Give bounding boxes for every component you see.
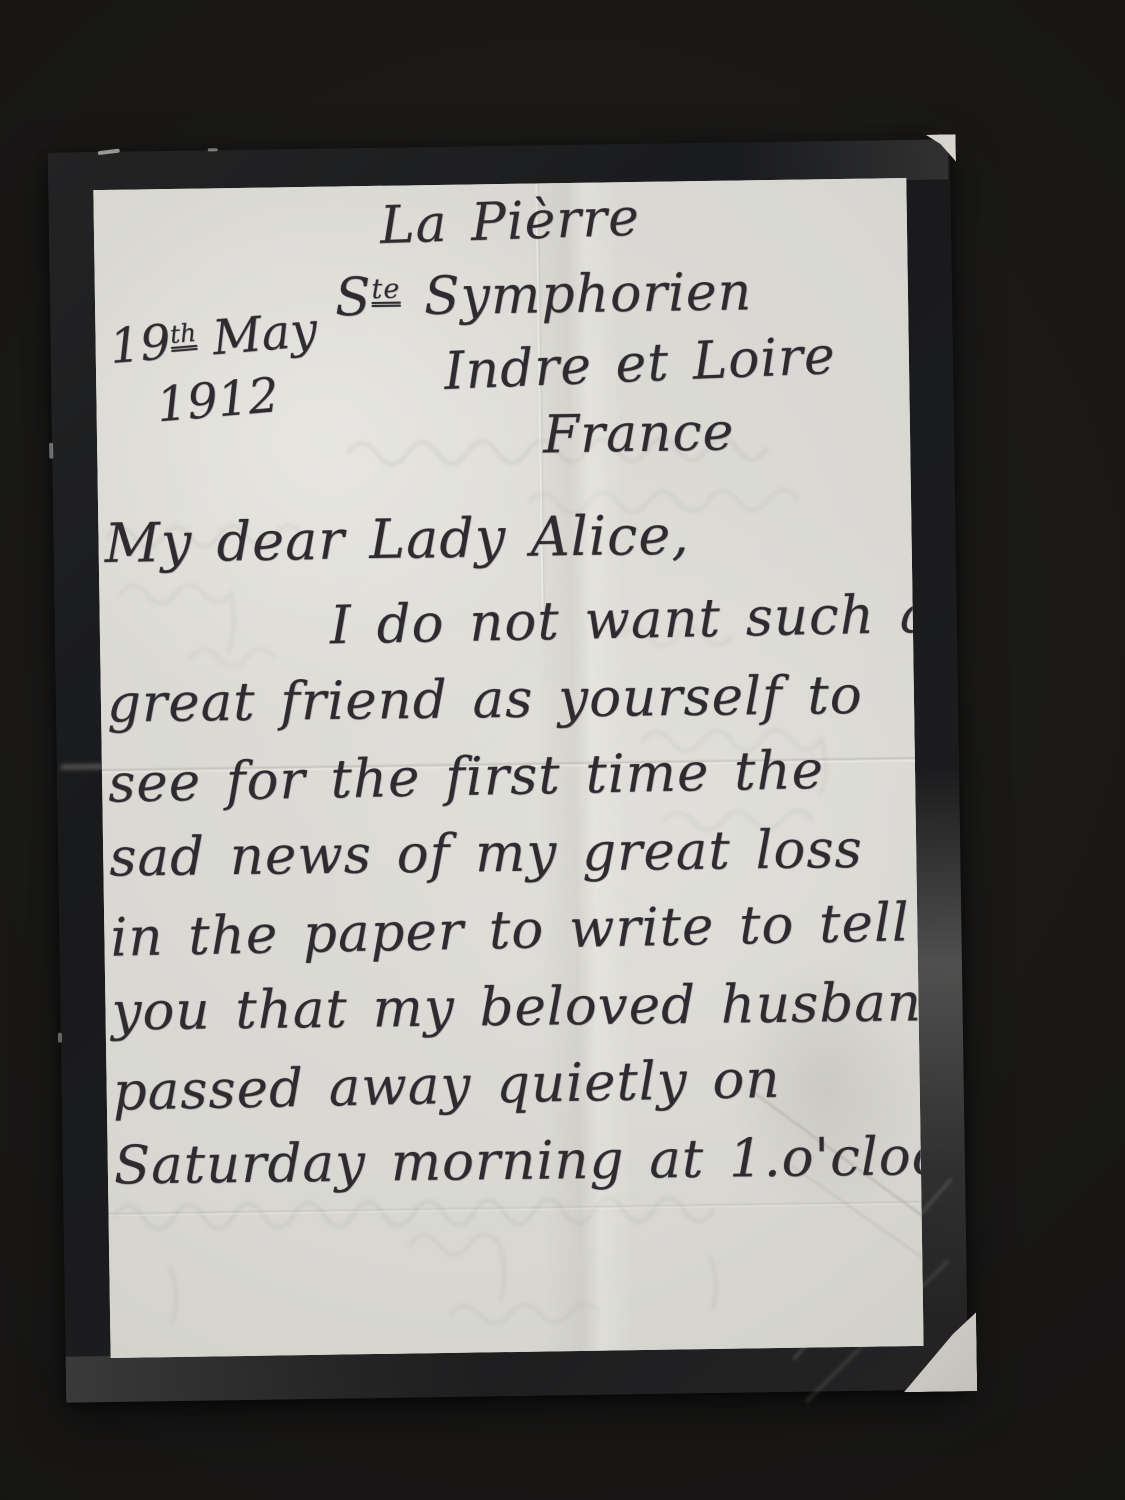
- address-line-4: France: [543, 403, 735, 466]
- body-line: I do not want such a: [105, 576, 913, 668]
- border-sheen-top-right: [738, 139, 949, 182]
- body-line: you that my beloved husband: [111, 964, 919, 1050]
- body-line: see for the first time the: [107, 730, 915, 822]
- border-sheen-bottom: [66, 1350, 487, 1402]
- date-day: 19: [107, 314, 173, 375]
- address-text: France: [543, 403, 735, 466]
- body-line: in the paper to write to tell: [110, 884, 918, 976]
- address-line-2: Ste Symphorien: [335, 262, 753, 328]
- body-line: Saturday morning at 1.o'clock: [113, 1118, 921, 1204]
- body-line: sad news of my great loss: [109, 810, 917, 896]
- photo-background: La Pièrre Ste Symphorien Indre et Loire …: [0, 0, 1125, 1500]
- salutation: My dear Lady Alice,: [104, 503, 690, 575]
- date-day-month: 19thMay: [107, 302, 319, 375]
- date-suffix: th: [169, 317, 197, 348]
- edge-wear-fleck: [98, 149, 120, 156]
- address-text: Symphorien: [400, 262, 753, 327]
- address-text: La Pièrre: [379, 188, 641, 256]
- mourning-letter: La Pièrre Ste Symphorien Indre et Loire …: [48, 139, 968, 1402]
- body-line: passed away quietly on: [112, 1038, 920, 1130]
- letter-paper: La Pièrre Ste Symphorien Indre et Loire …: [93, 178, 923, 1358]
- address-line-1: La Pièrre: [379, 188, 641, 256]
- edge-wear-fleck: [58, 1033, 62, 1043]
- address-text: Indre et Loire: [443, 326, 837, 402]
- address-text: S: [335, 268, 373, 329]
- letter-date: 19thMay 1912: [107, 302, 324, 437]
- address-line-3: Indre et Loire: [443, 326, 837, 402]
- border-crease-mark: [61, 764, 103, 770]
- letter-body: I do not want such a great friend as you…: [105, 578, 921, 1206]
- date-month: May: [210, 302, 319, 367]
- edge-wear-fleck: [208, 148, 218, 151]
- address-superscript: te: [371, 274, 400, 305]
- edge-wear-fleck: [49, 443, 53, 459]
- date-year: 1912: [154, 363, 324, 433]
- body-line: great friend as yourself to: [107, 656, 915, 742]
